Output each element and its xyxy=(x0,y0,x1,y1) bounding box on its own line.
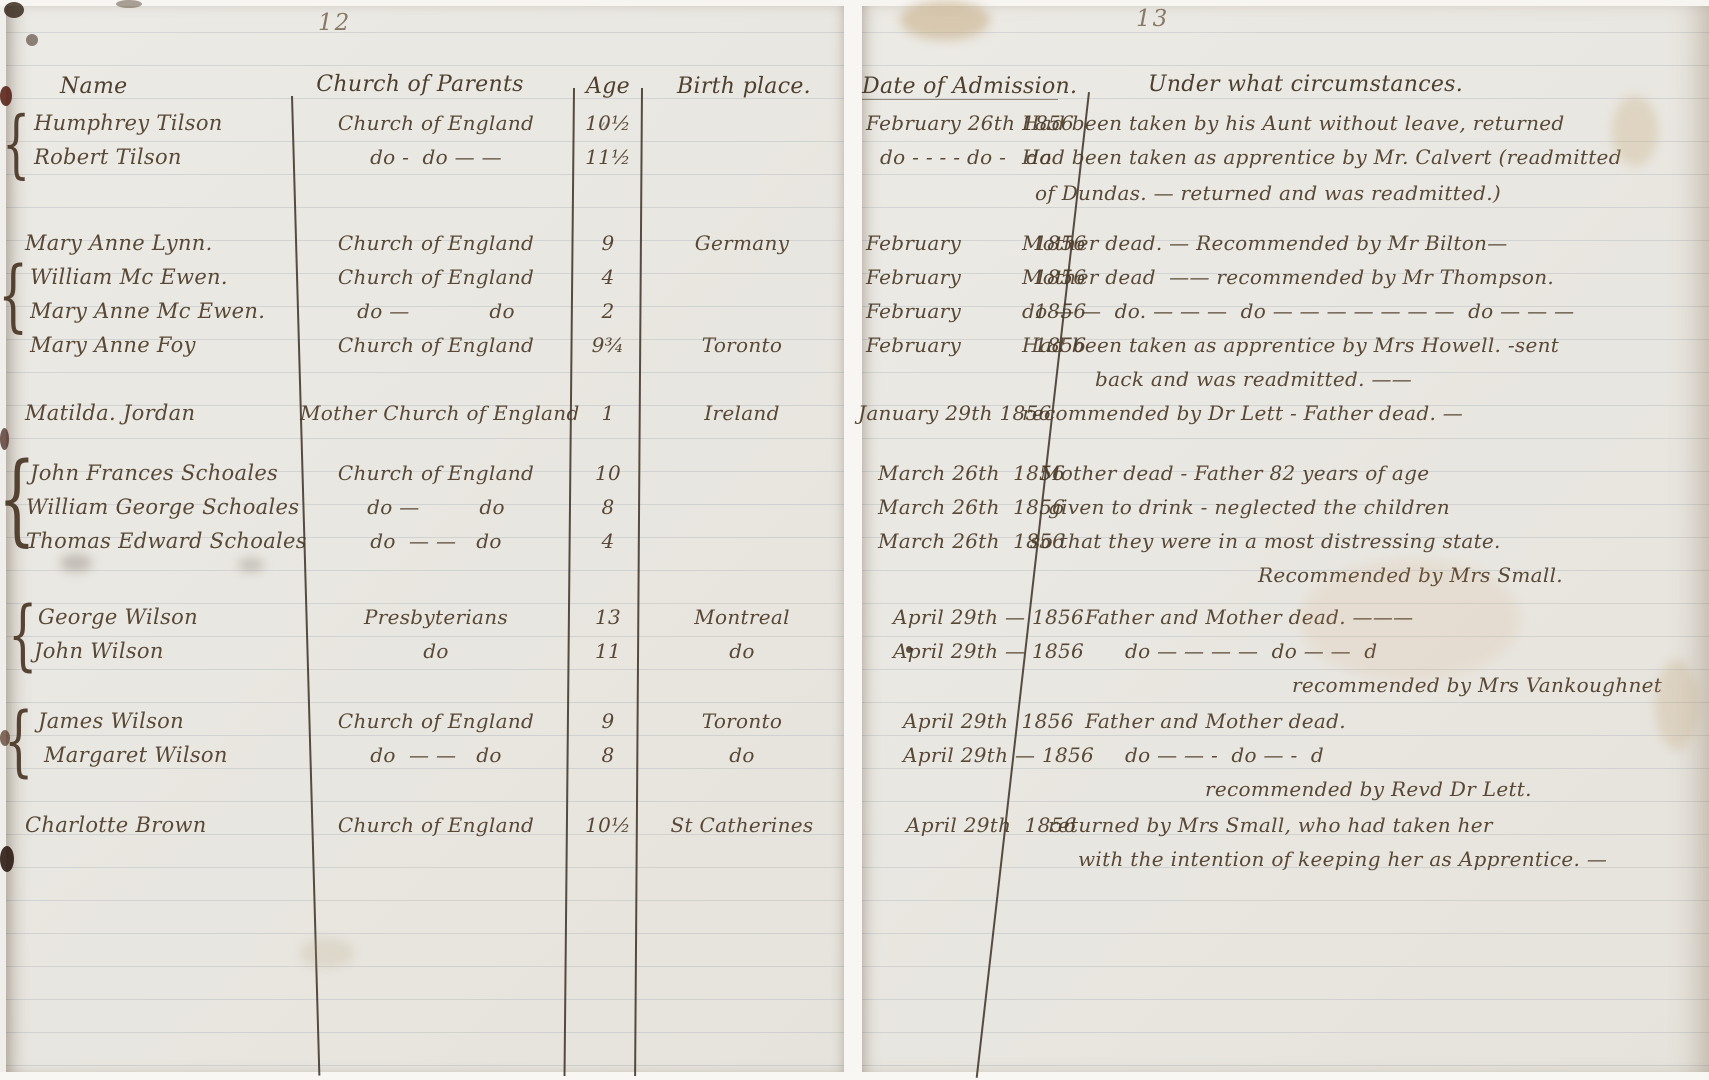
entry-circumstances: Mother dead —— recommended by Mr Thompso… xyxy=(1022,266,1554,288)
paper-stain xyxy=(1655,660,1699,750)
entry-name: Thomas Edward Schoales xyxy=(26,530,307,552)
entry-name: Charlotte Brown xyxy=(25,814,207,836)
entry-birthplace: St Catherines xyxy=(648,814,836,836)
entry-church: Church of England xyxy=(300,462,572,484)
pencil-smudge xyxy=(60,554,92,572)
entry-church: do — — do xyxy=(300,530,572,552)
entry-circumstances: do — — - do — - d xyxy=(1125,744,1324,766)
sibling-group-brace: { xyxy=(2,104,30,184)
entry-age: 9¾ xyxy=(576,334,640,356)
entry-age: 8 xyxy=(576,496,640,518)
entry-birthplace: Ireland xyxy=(648,402,836,424)
entry-name: Mary Anne Lynn. xyxy=(25,232,213,254)
entry-circumstances: recommended by Dr Lett - Father dead. — xyxy=(1022,402,1463,424)
entry-admission-date: March 26th 1856 xyxy=(878,496,1065,518)
entry-admission-date: April 29th — 1856 xyxy=(893,640,1084,662)
pencil-smudge xyxy=(238,558,264,572)
page-gutter xyxy=(844,0,862,1080)
column-header-date: Date of Admission. xyxy=(862,76,1058,100)
entry-age: 4 xyxy=(576,530,640,552)
entry-name: Humphrey Tilson xyxy=(34,112,223,134)
entry-circumstances: Mother dead - Father 82 years of age xyxy=(1040,462,1429,484)
entry-circumstances: given to drink - neglected the children xyxy=(1048,496,1450,518)
pen-mark: 〃 xyxy=(596,116,610,138)
entry-name: Matilda. Jordan xyxy=(25,402,195,424)
entry-age: 10½ xyxy=(576,814,640,836)
edge-blemish xyxy=(0,86,12,106)
entry-church: Presbyterians xyxy=(300,606,572,628)
entry-name: John Wilson xyxy=(34,640,164,662)
ledger-scan: 12 13 Name Church of Parents Age Birth p… xyxy=(0,0,1709,1080)
entry-admission-date: April 29th — 1856 xyxy=(903,744,1094,766)
entry-birthplace: Germany xyxy=(648,232,836,254)
entry-name: James Wilson xyxy=(38,710,184,732)
entry-name: Margaret Wilson xyxy=(44,744,228,766)
ink-dot xyxy=(906,646,912,653)
entry-circumstances: recommended by Mrs Vankoughnet xyxy=(1292,674,1662,696)
entry-church: Church of England xyxy=(300,334,572,356)
entry-birthplace: Toronto xyxy=(648,710,836,732)
entry-name: Mary Anne Mc Ewen. xyxy=(30,300,265,322)
entry-circumstances: Had been taken by his Aunt without leave… xyxy=(1022,112,1565,134)
entry-name: Mary Anne Foy xyxy=(30,334,196,356)
entry-admission-date: April 29th — 1856 xyxy=(893,606,1084,628)
edge-blemish xyxy=(0,730,10,746)
sibling-group-brace: { xyxy=(0,252,28,338)
paper-stain xyxy=(1612,96,1658,166)
entry-circumstances: Had been taken as apprentice by Mr. Calv… xyxy=(1022,146,1622,168)
entry-circumstances: recommended by Revd Dr Lett. xyxy=(1205,778,1532,800)
column-header-age: Age xyxy=(576,76,640,98)
page-number-left: 12 xyxy=(318,12,351,34)
entry-church: do - do — — xyxy=(300,146,572,168)
entry-age: 11½ xyxy=(576,146,640,168)
entry-age: 8 xyxy=(576,744,640,766)
edge-blemish xyxy=(0,846,14,872)
entry-church: do — do xyxy=(300,496,572,518)
entry-circumstances: Mother dead. — Recommended by Mr Bilton— xyxy=(1022,232,1508,254)
ink-blot xyxy=(26,34,38,46)
column-header-birthplace: Birth place. xyxy=(648,76,840,98)
entry-circumstances: returned by Mrs Small, who had taken her xyxy=(1048,814,1493,836)
entry-name: George Wilson xyxy=(38,606,198,628)
entry-circumstances: do — — do. — — — do — — — — — — — do — —… xyxy=(1022,300,1574,322)
entry-circumstances: Father and Mother dead. xyxy=(1085,710,1346,732)
entry-admission-date: April 29th 1856 xyxy=(903,710,1074,732)
entry-church: do — — do xyxy=(300,744,572,766)
ink-bleedthrough xyxy=(1300,560,1520,680)
entry-age: 10 xyxy=(576,462,640,484)
entry-age: 11 xyxy=(576,640,640,662)
entry-circumstances: with the intention of keeping her as App… xyxy=(1078,848,1607,870)
sibling-group-brace: { xyxy=(0,446,36,554)
entry-age: 9 xyxy=(576,232,640,254)
entry-church: do — do xyxy=(300,300,572,322)
paper-stain xyxy=(300,938,354,968)
entry-birthplace: Toronto xyxy=(648,334,836,356)
entry-age: 4 xyxy=(576,266,640,288)
entry-circumstances: so that they were in a most distressing … xyxy=(1030,530,1501,552)
entry-church: do xyxy=(300,640,572,662)
entry-circumstances: back and was readmitted. —— xyxy=(1095,368,1412,390)
ink-blot xyxy=(116,0,142,8)
entry-admission-date: March 26th 1856 xyxy=(878,462,1065,484)
entry-circumstances: Had been taken as apprentice by Mrs Howe… xyxy=(1022,334,1559,356)
sibling-group-brace: { xyxy=(8,594,37,678)
ink-blot xyxy=(4,2,24,18)
edge-blemish xyxy=(0,428,9,450)
entry-name: William George Schoales xyxy=(26,496,299,518)
entry-age: 1 xyxy=(576,402,640,424)
entry-age: 2 xyxy=(576,300,640,322)
entry-church: Church of England xyxy=(300,814,572,836)
column-header-church: Church of Parents xyxy=(300,74,540,96)
entry-church: Church of England xyxy=(300,112,572,134)
page-number-right: 13 xyxy=(1136,8,1169,30)
paper-stain xyxy=(900,0,990,40)
entry-circumstances: of Dundas. — returned and was readmitted… xyxy=(1035,182,1501,204)
entry-church: Church of England xyxy=(300,232,572,254)
entry-church: Mother Church of England xyxy=(300,402,572,424)
entry-name: John Frances Schoales xyxy=(30,462,278,484)
column-header-name: Name xyxy=(60,76,127,98)
entry-birthplace: do xyxy=(648,744,836,766)
entry-name: Robert Tilson xyxy=(34,146,182,168)
column-header-circumstances: Under what circumstances. xyxy=(1148,74,1463,96)
entry-birthplace: Montreal xyxy=(648,606,836,628)
entry-church: Church of England xyxy=(300,710,572,732)
entry-birthplace: do xyxy=(648,640,836,662)
entry-church: Church of England xyxy=(300,266,572,288)
entry-age: 9 xyxy=(576,710,640,732)
entry-age: 13 xyxy=(576,606,640,628)
entry-name: William Mc Ewen. xyxy=(30,266,228,288)
scan-bottom-edge xyxy=(0,1072,1709,1080)
